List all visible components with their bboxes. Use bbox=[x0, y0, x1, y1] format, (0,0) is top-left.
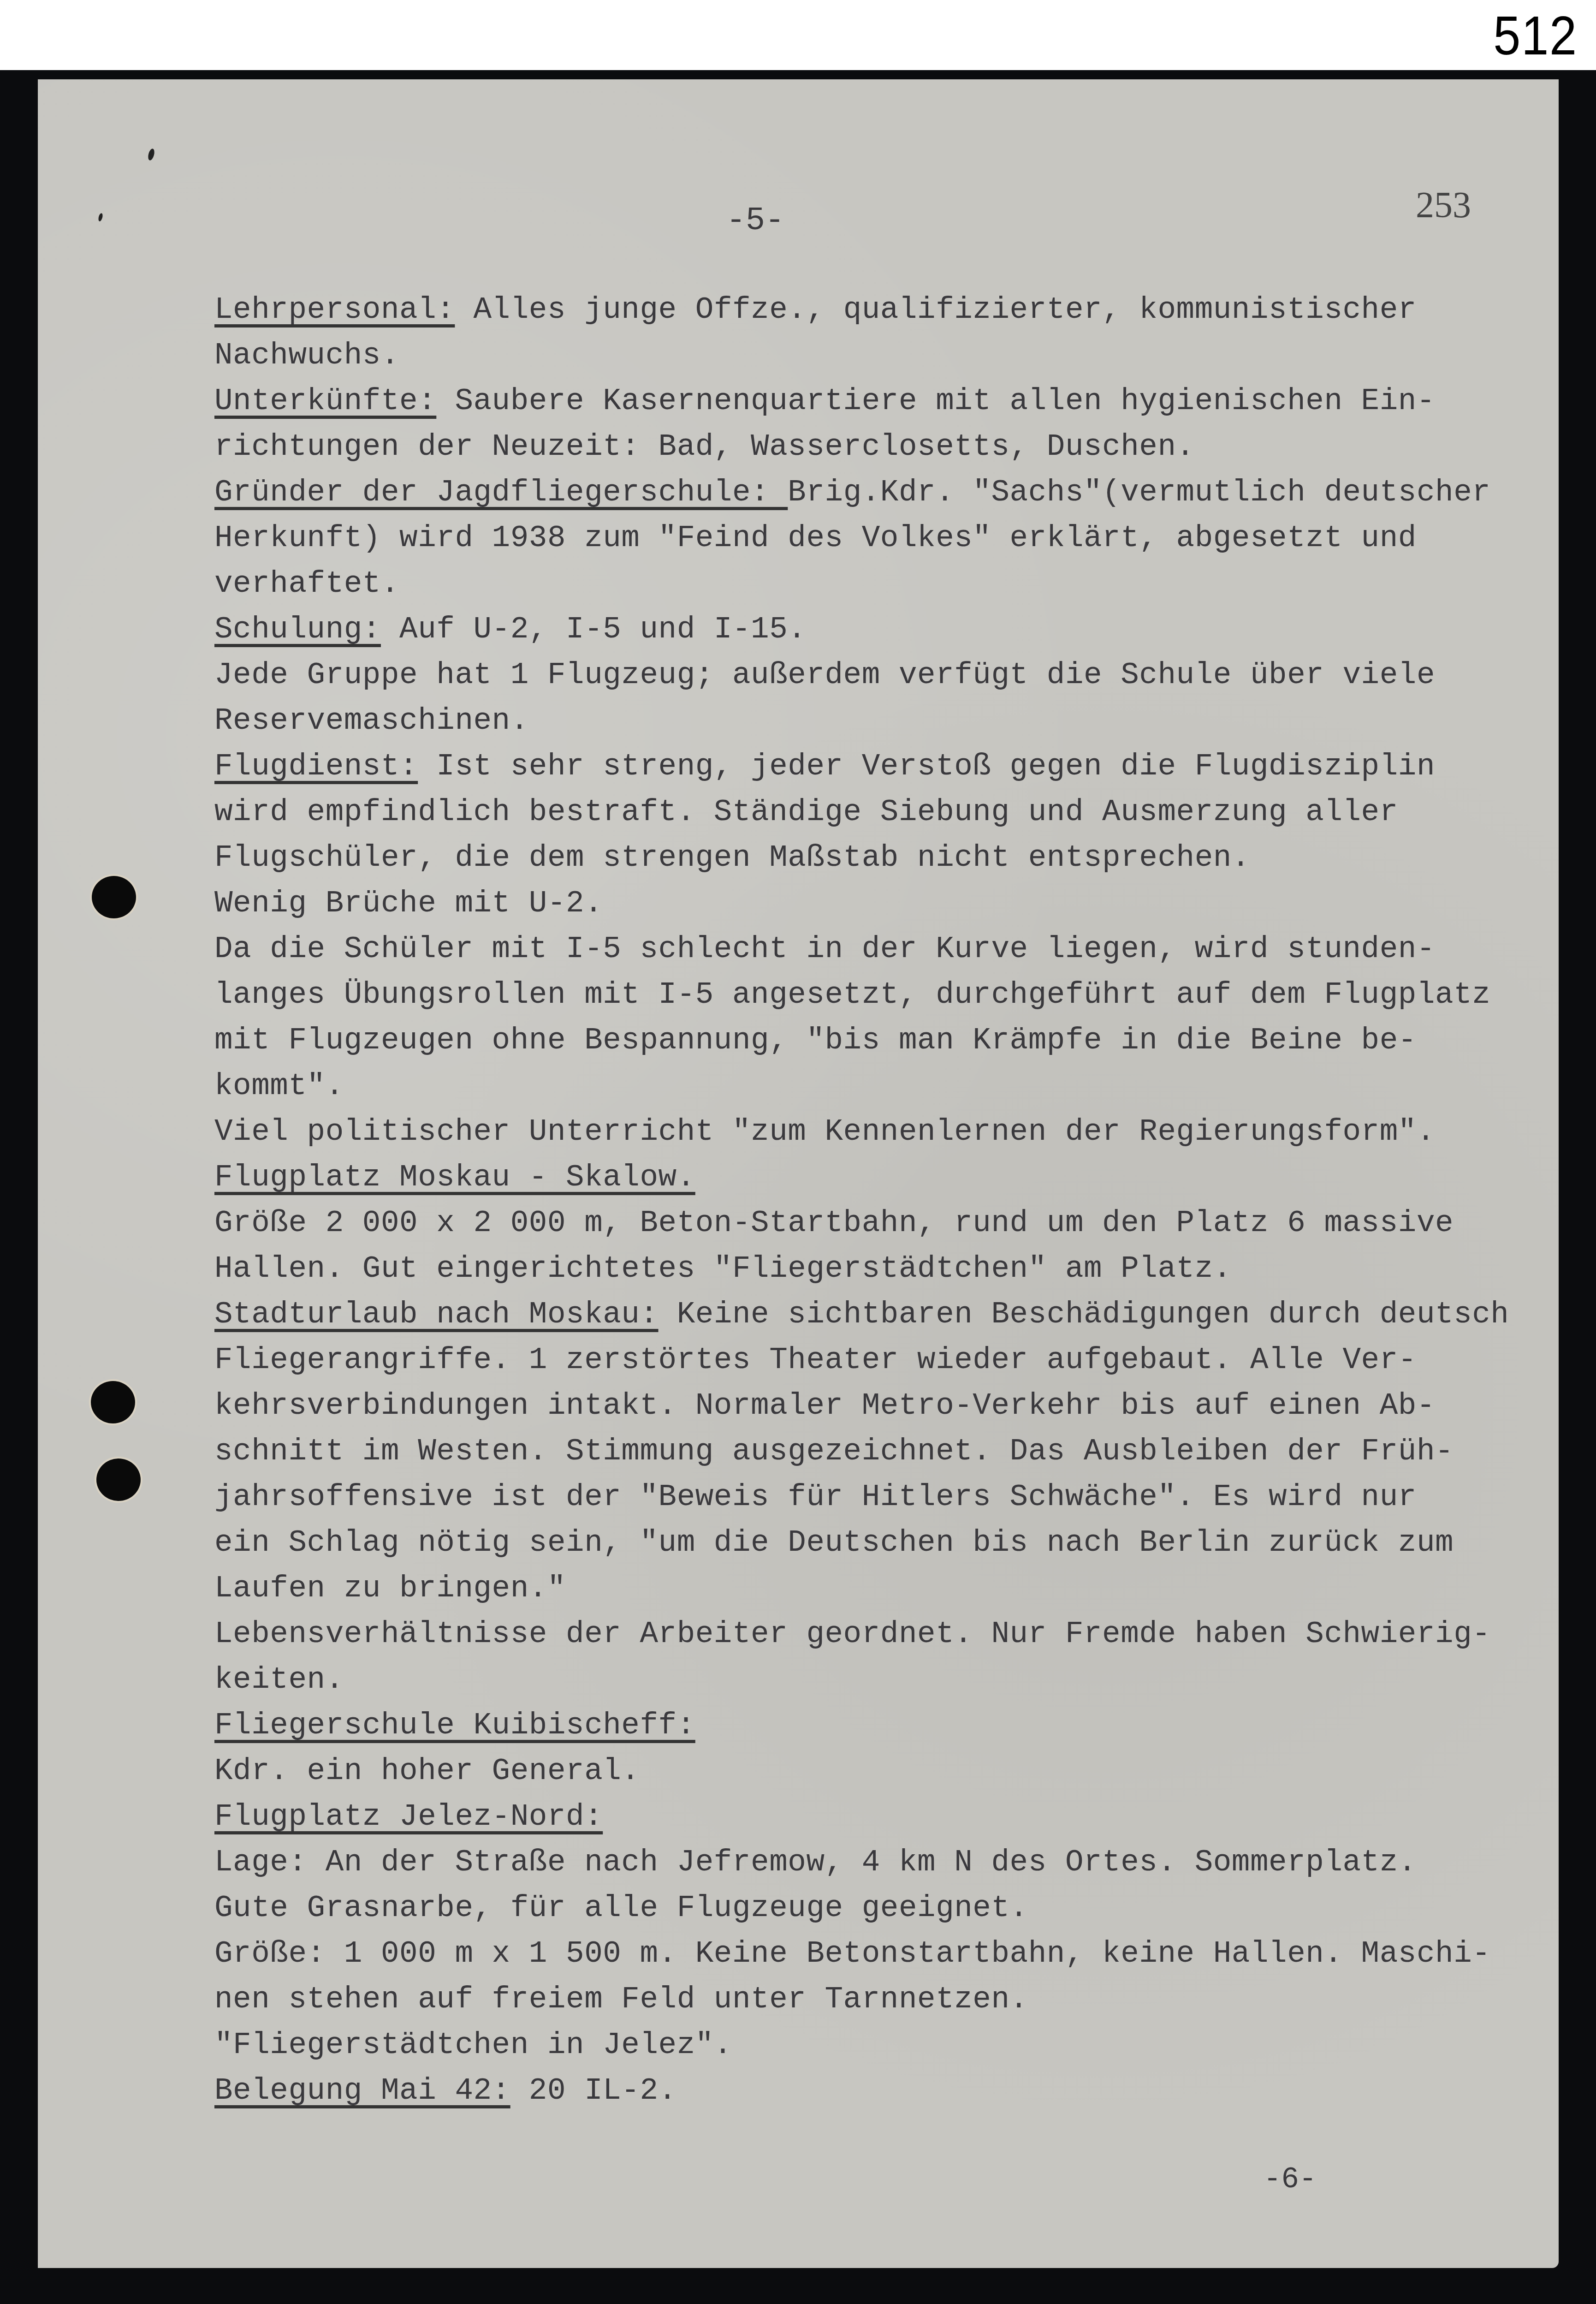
text-line: Reservemaschinen. bbox=[214, 698, 1552, 744]
line-text: Saubere Kasernenquartiere mit allen hygi… bbox=[436, 384, 1435, 418]
text-line: Gute Grasnarbe, für alle Flugzeuge geeig… bbox=[214, 1885, 1552, 1931]
line-text: "Fliegerstädtchen in Jelez". bbox=[214, 2028, 732, 2062]
text-line: Fliegerangriffe. 1 zerstörtes Theater wi… bbox=[214, 1337, 1552, 1383]
line-text: Da die Schüler mit I-5 schlecht in der K… bbox=[214, 932, 1435, 966]
text-line: keiten. bbox=[214, 1657, 1552, 1703]
punch-hole-icon bbox=[92, 876, 136, 918]
line-text: Brig.Kdr. "Sachs"(vermutlich deutscher bbox=[788, 475, 1490, 510]
text-line: Größe: 1 000 m x 1 500 m. Keine Betonsta… bbox=[214, 1931, 1552, 1977]
text-line: Wenig Brüche mit U-2. bbox=[214, 881, 1552, 926]
line-text: Nachwuchs. bbox=[214, 338, 399, 373]
line-text: wird empfindlich bestraft. Ständige Sieb… bbox=[214, 795, 1398, 829]
text-line: Jede Gruppe hat 1 Flugzeug; außerdem ver… bbox=[214, 652, 1552, 698]
folio-number: 253 bbox=[1416, 185, 1471, 226]
section-heading: Schulung: bbox=[214, 612, 381, 647]
text-line: Unterkünfte: Saubere Kasernenquartiere m… bbox=[214, 378, 1552, 424]
section-heading: Fliegerschule Kuibischeff: bbox=[214, 1708, 695, 1743]
line-text: Alles junge Offze., qualifizierter, komm… bbox=[455, 292, 1417, 327]
text-line: mit Flugzeugen ohne Bespannung, "bis man… bbox=[214, 1018, 1552, 1063]
line-text: Keine sichtbaren Beschädigungen durch de… bbox=[659, 1297, 1509, 1332]
text-line: Größe 2 000 x 2 000 m, Beton-Startbahn, … bbox=[214, 1200, 1552, 1246]
line-text: Lebensverhältnisse der Arbeiter geordnet… bbox=[214, 1617, 1490, 1651]
section-heading: Unterkünfte: bbox=[214, 384, 436, 418]
line-text: Reservemaschinen. bbox=[214, 703, 529, 738]
document-body: Lehrpersonal: Alles junge Offze., qualif… bbox=[214, 287, 1552, 2113]
line-text: langes Übungsrollen mit I-5 angesetzt, d… bbox=[214, 977, 1490, 1012]
line-text: Viel politischer Unterricht "zum Kennenl… bbox=[214, 1114, 1435, 1149]
line-text: schnitt im Westen. Stimmung ausgezeichne… bbox=[214, 1434, 1454, 1469]
text-line: Lehrpersonal: Alles junge Offze., qualif… bbox=[214, 287, 1552, 333]
text-line: Hallen. Gut eingerichtetes "Fliegerstädt… bbox=[214, 1246, 1552, 1292]
text-line: wird empfindlich bestraft. Ständige Sieb… bbox=[214, 789, 1552, 835]
line-text: nen stehen auf freiem Feld unter Tarnnet… bbox=[214, 1982, 1028, 2017]
line-text: Ist sehr streng, jeder Verstoß gegen die… bbox=[418, 749, 1435, 784]
text-line: "Fliegerstädtchen in Jelez". bbox=[214, 2022, 1552, 2068]
section-heading: Flugplatz Moskau - Skalow. bbox=[214, 1160, 695, 1195]
line-text: verhaftet. bbox=[214, 566, 399, 601]
line-text: Gute Grasnarbe, für alle Flugzeuge geeig… bbox=[214, 1891, 1028, 1925]
archive-page-number: 512 bbox=[1493, 5, 1578, 67]
text-line: Lage: An der Straße nach Jefremow, 4 km … bbox=[214, 1840, 1552, 1885]
line-text: jahrsoffensive ist der "Beweis für Hitle… bbox=[214, 1480, 1417, 1514]
text-line: ein Schlag nötig sein, "um die Deutschen… bbox=[214, 1520, 1552, 1566]
line-text: kommt". bbox=[214, 1069, 344, 1103]
line-text: Herkunft) wird 1938 zum "Feind des Volke… bbox=[214, 521, 1417, 555]
text-line: Da die Schüler mit I-5 schlecht in der K… bbox=[214, 926, 1552, 972]
text-line: Belegung Mai 42: 20 IL-2. bbox=[214, 2068, 1552, 2113]
text-line: Lebensverhältnisse der Arbeiter geordnet… bbox=[214, 1611, 1552, 1657]
text-line: Flugplatz Moskau - Skalow. bbox=[214, 1155, 1552, 1200]
line-text: ein Schlag nötig sein, "um die Deutschen… bbox=[214, 1525, 1454, 1560]
text-line: schnitt im Westen. Stimmung ausgezeichne… bbox=[214, 1429, 1552, 1474]
line-text: Fliegerangriffe. 1 zerstörtes Theater wi… bbox=[214, 1343, 1417, 1377]
section-heading: Stadturlaub nach Moskau: bbox=[214, 1297, 659, 1332]
line-text: Jede Gruppe hat 1 Flugzeug; außerdem ver… bbox=[214, 658, 1435, 692]
next-page-indicator: -6- bbox=[1264, 2163, 1317, 2197]
page-number: -5- bbox=[726, 203, 784, 239]
line-text: Größe 2 000 x 2 000 m, Beton-Startbahn, … bbox=[214, 1206, 1454, 1240]
text-line: Gründer der Jagdfliegerschule: Brig.Kdr.… bbox=[214, 470, 1552, 515]
line-text: Hallen. Gut eingerichtetes "Fliegerstädt… bbox=[214, 1251, 1232, 1286]
line-text: richtungen der Neuzeit: Bad, Wasserclose… bbox=[214, 429, 1195, 464]
text-line: Flugplatz Jelez-Nord: bbox=[214, 1794, 1552, 1840]
section-heading: Flugplatz Jelez-Nord: bbox=[214, 1799, 603, 1834]
text-line: Laufen zu bringen." bbox=[214, 1566, 1552, 1611]
text-line: Stadturlaub nach Moskau: Keine sichtbare… bbox=[214, 1292, 1552, 1337]
line-text: Kdr. ein hoher General. bbox=[214, 1754, 640, 1788]
line-text: Flugschüler, die dem strengen Maßstab ni… bbox=[214, 840, 1250, 875]
line-text: mit Flugzeugen ohne Bespannung, "bis man… bbox=[214, 1023, 1417, 1058]
text-line: Flugdienst: Ist sehr streng, jeder Verst… bbox=[214, 744, 1552, 789]
text-line: kehrsverbindungen intakt. Normaler Metro… bbox=[214, 1383, 1552, 1429]
punch-hole-icon bbox=[91, 1381, 135, 1423]
text-line: Fliegerschule Kuibischeff: bbox=[214, 1703, 1552, 1748]
section-heading: Flugdienst: bbox=[214, 749, 418, 784]
text-line: jahrsoffensive ist der "Beweis für Hitle… bbox=[214, 1474, 1552, 1520]
section-heading: Gründer der Jagdfliegerschule: bbox=[214, 475, 788, 510]
line-text: Größe: 1 000 m x 1 500 m. Keine Betonsta… bbox=[214, 1936, 1490, 1971]
line-text: Auf U-2, I-5 und I-15. bbox=[381, 612, 806, 647]
section-heading: Lehrpersonal: bbox=[214, 292, 455, 327]
text-line: Kdr. ein hoher General. bbox=[214, 1748, 1552, 1794]
ink-mark-icon bbox=[98, 213, 103, 221]
text-line: langes Übungsrollen mit I-5 angesetzt, d… bbox=[214, 972, 1552, 1018]
line-text: Laufen zu bringen." bbox=[214, 1571, 566, 1606]
line-text: Wenig Brüche mit U-2. bbox=[214, 886, 603, 921]
text-line: Flugschüler, die dem strengen Maßstab ni… bbox=[214, 835, 1552, 881]
text-line: kommt". bbox=[214, 1063, 1552, 1109]
text-line: richtungen der Neuzeit: Bad, Wasserclose… bbox=[214, 424, 1552, 470]
punch-hole-icon bbox=[96, 1459, 141, 1501]
text-line: verhaftet. bbox=[214, 561, 1552, 607]
line-text: Lage: An der Straße nach Jefremow, 4 km … bbox=[214, 1845, 1417, 1880]
text-line: Herkunft) wird 1938 zum "Feind des Volke… bbox=[214, 515, 1552, 561]
text-line: nen stehen auf freiem Feld unter Tarnnet… bbox=[214, 1977, 1552, 2022]
text-line: Nachwuchs. bbox=[214, 333, 1552, 378]
line-text: keiten. bbox=[214, 1662, 344, 1697]
text-line: Schulung: Auf U-2, I-5 und I-15. bbox=[214, 607, 1552, 652]
line-text: kehrsverbindungen intakt. Normaler Metro… bbox=[214, 1388, 1435, 1423]
ink-mark-icon bbox=[147, 148, 155, 161]
text-line: Viel politischer Unterricht "zum Kennenl… bbox=[214, 1109, 1552, 1155]
section-heading: Belegung Mai 42: bbox=[214, 2073, 510, 2108]
line-text: 20 IL-2. bbox=[510, 2073, 677, 2108]
